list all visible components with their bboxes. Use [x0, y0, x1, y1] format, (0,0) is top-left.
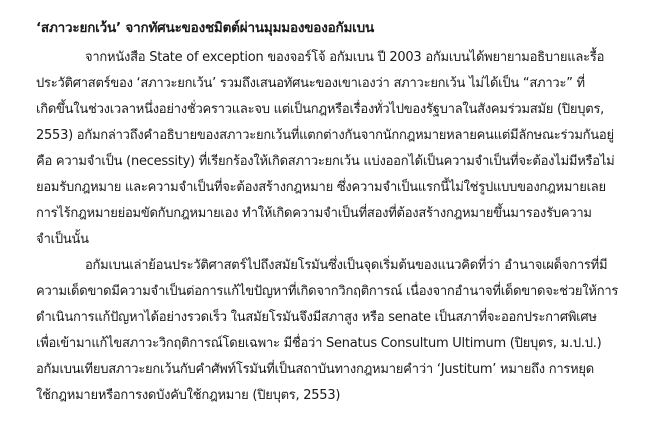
paragraph-line: อกัมเบนเทียบสภาวะยกเว้นกับคำศัพท์โรมันที… [36, 359, 630, 381]
document-page: ‘สภาวะยกเว้น’ จากทัศนะของชมิตต์ผ่านมุมมอ… [0, 0, 656, 433]
paragraph-line: การไร้กฎหมายย่อมขัดกับกฎหมายเอง ทำให้เกิ… [36, 203, 630, 225]
paragraph-line: ใช้กฎหมายหรือการงดบังคับใช้กฎหมาย (ปิยบุ… [36, 385, 630, 407]
paragraph-line: เกิดขึ้นในช่วงเวลาหนึ่งอย่างชั่วคราวและจ… [36, 99, 630, 121]
paragraph-line: อกัมเบนเล่าย้อนประวัติศาสตร์ไปถึงสมัยโรม… [85, 255, 630, 277]
paragraph-line: ประวัติศาสตร์ของ ‘สภาวะยกเว้น’ รวมถึงเสน… [36, 73, 630, 95]
paragraph-line: ความเด็ดขาดมีความจำเป็นต่อการแก้ไขปัญหาท… [36, 281, 630, 303]
paragraph-line: คือ ความจำเป็น (necessity) ที่เรียกร้องใ… [36, 151, 630, 173]
section-heading: ‘สภาวะยกเว้น’ จากทัศนะของชมิตต์ผ่านมุมมอ… [36, 17, 374, 39]
paragraph-line: จากหนังสือ State of exception ของจอร์โจ้… [85, 47, 630, 69]
paragraph-line: ยอมรับกฎหมาย และความจำเป็นที่จะต้องสร้าง… [36, 177, 630, 199]
paragraph-line: จำเป็นนั้น [36, 229, 630, 251]
paragraph-line: เพื่อเข้ามาแก้ไขสภาวะวิกฤติการณ์โดยเฉพาะ… [36, 333, 630, 355]
paragraph-line: ดำเนินการแก้ปัญหาได้อย่างรวดเร็ว ในสมัยโ… [36, 307, 630, 329]
paragraph-line: 2553) อกัมกล่าวถึงคำอธิบายของสภาวะยกเว้น… [36, 125, 630, 147]
